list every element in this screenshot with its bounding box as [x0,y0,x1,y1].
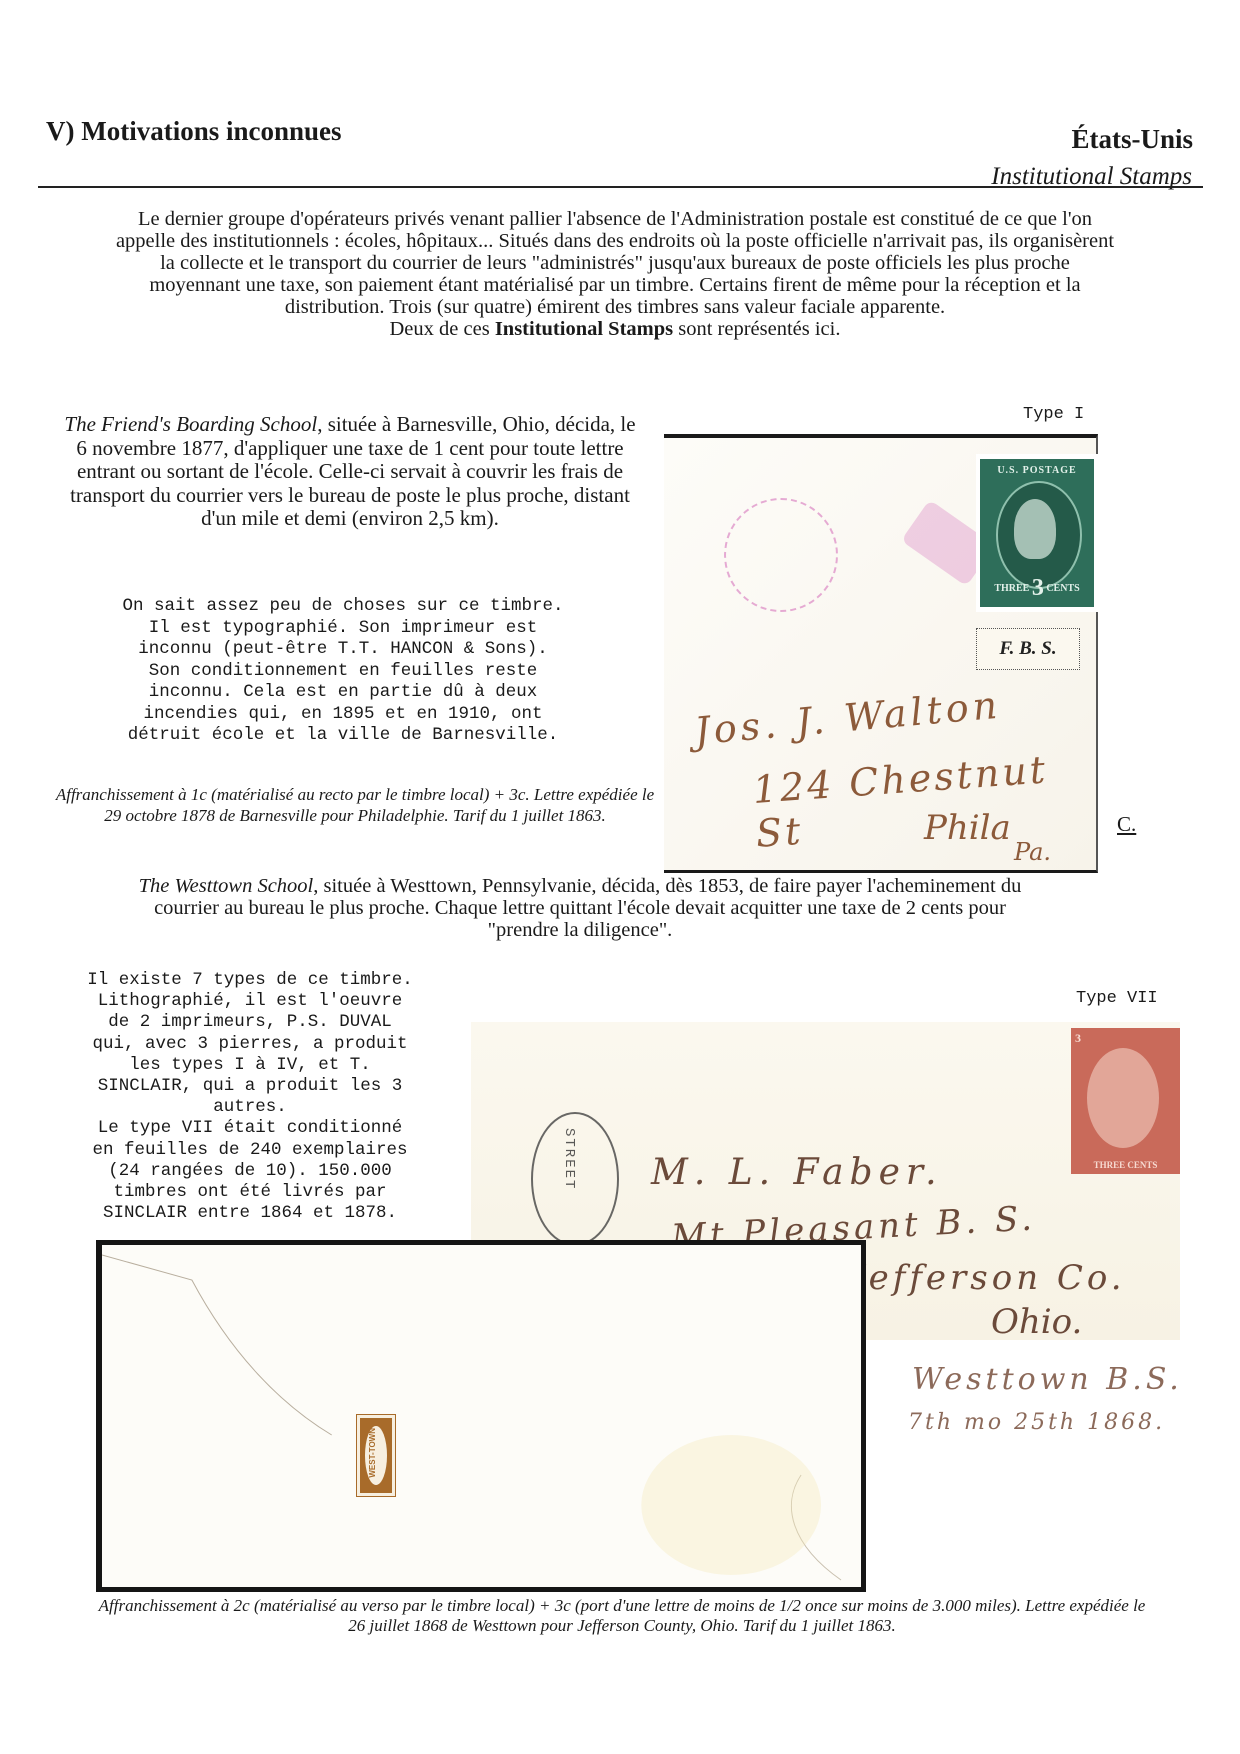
envelope-flap-lines [102,1245,861,1587]
westtown-description: The Westtown School, située à Westtown, … [120,875,1040,941]
rarity-mark: C. [1117,812,1136,837]
handwritten-docket: Westtown B.S. [912,1362,1183,1397]
green-3c-stamp: U.S. POSTAGE THREE 3 CENTS [976,454,1098,612]
address-line: Pa. [1014,838,1051,866]
stamp-bottom-text: THREE 3 CENTS [980,575,1094,602]
friends-description: The Friend's Boarding School, située à B… [60,413,640,531]
intro-paragraph: Le dernier groupe d'opérateurs privés ve… [115,208,1115,340]
header-rule [38,186,1203,188]
intro-text: Le dernier groupe d'opérateurs privés ve… [116,208,1114,318]
address-line: Ohio. [991,1302,1082,1342]
address-line: M. L. Faber. [651,1152,943,1193]
type-label-westtown: Type VII [1076,989,1158,1008]
intro-closing-bold: Institutional Stamps [495,318,673,340]
westtown-school-name: The Westtown School [139,875,314,897]
address-line: Phila [924,808,1011,848]
country-heading: États-Unis [1071,124,1193,155]
friends-cover-image: U.S. POSTAGE THREE 3 CENTS F. B. S. Jos.… [664,434,1098,873]
friends-school-name: The Friend's Boarding School [64,412,317,436]
address-line: Jefferson Co. [851,1258,1126,1298]
circular-datestamp: STREET [531,1112,619,1246]
westtown-caption: Affranchissement à 2c (matérialisé au ve… [92,1596,1152,1636]
section-title: V) Motivations inconnues [46,116,342,147]
fbs-local-stamp: F. B. S. [976,628,1080,670]
red-3c-stamp: 3 THREE CENTS [1071,1028,1180,1174]
stamp-top-text: U.S. POSTAGE [980,465,1094,476]
washington-portrait [1014,499,1056,559]
friends-note: On sait assez peu de choses sur ce timbr… [58,596,628,747]
westtown-cover-back-image: WEST-TOWN [96,1240,866,1592]
friends-caption: Affranchissement à 1c (matérialisé au re… [55,784,655,826]
washington-portrait [1087,1048,1159,1148]
address-line: Jos. J. Walton [693,683,1003,754]
handwritten-docket-date: 7th mo 25th 1868. [908,1410,1165,1435]
purple-postmark [724,498,838,612]
westtown-note: Il existe 7 types de ce timbre. Lithogra… [40,970,460,1224]
intro-closing-prefix: Deux de ces [390,318,495,340]
intro-closing-suffix: sont représentés ici. [673,318,840,340]
westtown-local-stamp: WEST-TOWN [357,1415,395,1496]
type-label-friends: Type I [1023,405,1084,424]
